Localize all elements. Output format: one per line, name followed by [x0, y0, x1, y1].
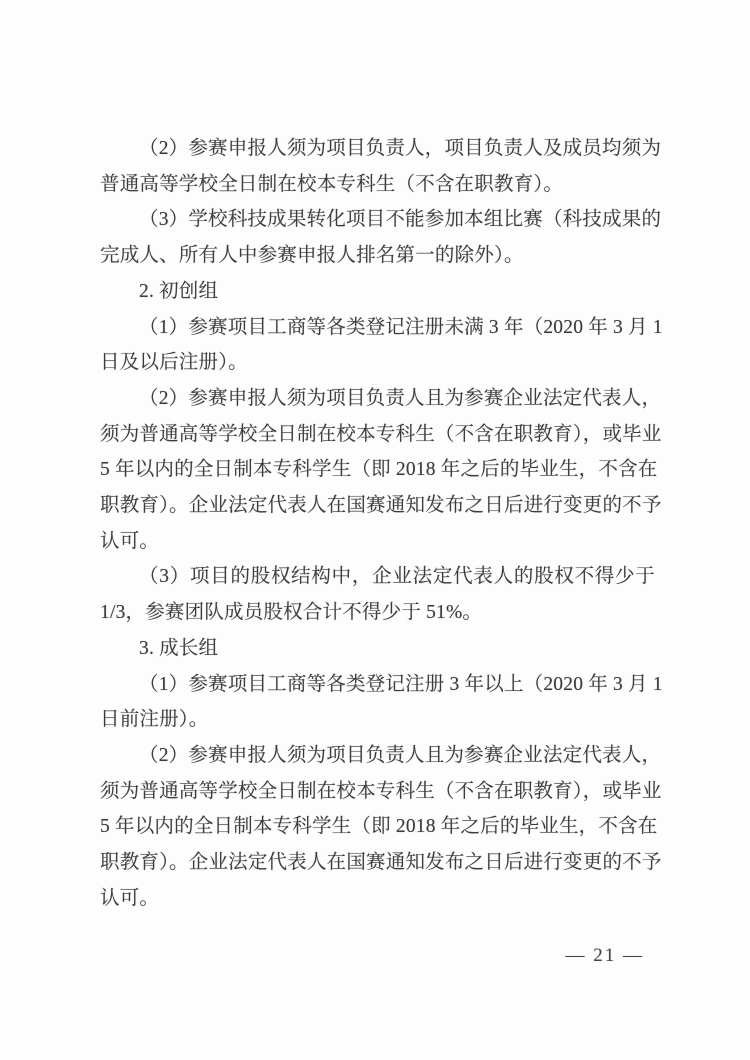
document-line: 日前注册）。: [100, 702, 655, 738]
document-line: 日及以后注册）。: [100, 345, 655, 381]
document-line: 完成人、所有人中参赛申报人排名第一的除外）。: [100, 238, 655, 274]
document-line: （2）参赛申报人须为项目负责人，项目负责人及成员均须为: [100, 131, 655, 167]
document-body: （2）参赛申报人须为项目负责人，项目负责人及成员均须为 普通高等学校全日制在校本…: [100, 131, 655, 916]
document-line: 认可。: [100, 881, 655, 917]
document-line: 普通高等学校全日制在校本专科生（不含在职教育）。: [100, 167, 655, 203]
document-page: （2）参赛申报人须为项目负责人，项目负责人及成员均须为 普通高等学校全日制在校本…: [0, 0, 750, 1060]
page-number: — 21 —: [566, 941, 645, 971]
document-line: 须为普通高等学校全日制在校本专科生（不含在职教育），或毕业: [100, 774, 655, 810]
document-line-heading: 3. 成长组: [100, 631, 655, 667]
document-line: （1）参赛项目工商等各类登记注册 3 年以上（2020 年 3 月 1: [100, 667, 655, 703]
document-line: 认可。: [100, 524, 655, 560]
document-line: 须为普通高等学校全日制在校本专科生（不含在职教育），或毕业: [100, 417, 655, 453]
document-line: 1/3，参赛团队成员股权合计不得少于 51%。: [100, 595, 655, 631]
document-line-heading: 2. 初创组: [100, 274, 655, 310]
document-line: 5 年以内的全日制本专科学生（即 2018 年之后的毕业生，不含在: [100, 452, 655, 488]
document-line: （1）参赛项目工商等各类登记注册未满 3 年（2020 年 3 月 1: [100, 310, 655, 346]
document-line: （3）项目的股权结构中，企业法定代表人的股权不得少于: [100, 559, 655, 595]
document-line: （2）参赛申报人须为项目负责人且为参赛企业法定代表人，: [100, 381, 655, 417]
document-line: （2）参赛申报人须为项目负责人且为参赛企业法定代表人，: [100, 738, 655, 774]
document-line: 5 年以内的全日制本专科学生（即 2018 年之后的毕业生，不含在: [100, 809, 655, 845]
document-line: 职教育）。企业法定代表人在国赛通知发布之日后进行变更的不予: [100, 845, 655, 881]
document-line: （3）学校科技成果转化项目不能参加本组比赛（科技成果的: [100, 202, 655, 238]
document-line: 职教育）。企业法定代表人在国赛通知发布之日后进行变更的不予: [100, 488, 655, 524]
